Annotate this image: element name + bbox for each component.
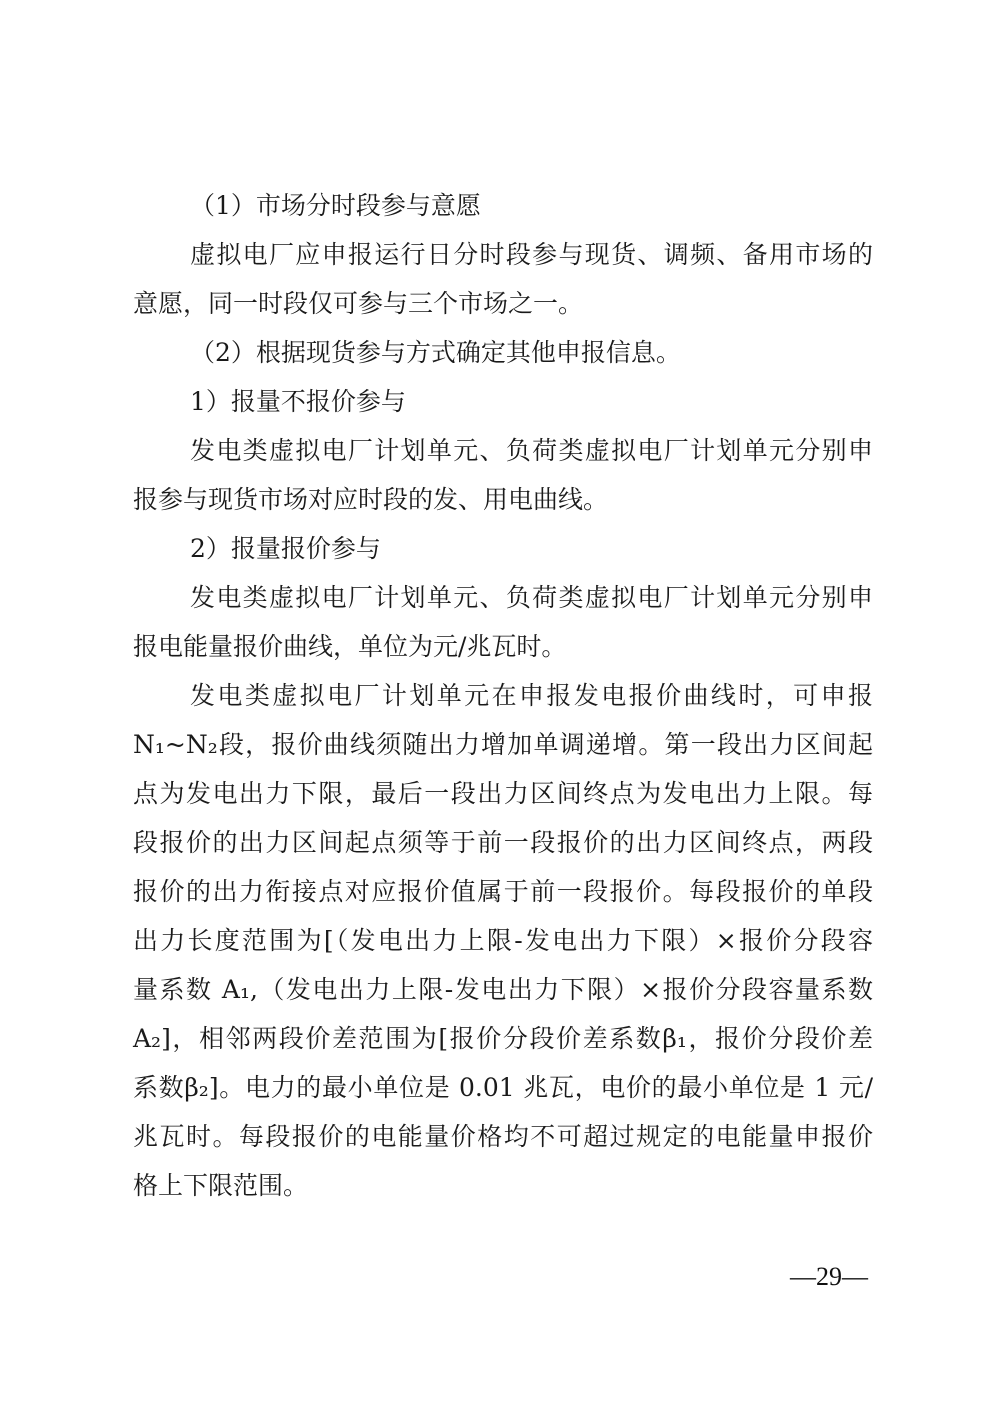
paragraph-line: 虚拟电厂应申报运行日分时段参与现货、调频、备用市场的 bbox=[190, 235, 873, 275]
section-heading-1: （1）市场分时段参与意愿 bbox=[190, 186, 873, 226]
page-number: —29— bbox=[790, 1262, 868, 1292]
paragraph-line: 发电类虚拟电厂计划单元、负荷类虚拟电厂计划单元分别申 bbox=[190, 431, 873, 471]
paragraph-line: 格上下限范围。 bbox=[133, 1166, 873, 1206]
subsection-heading-2: 2）报量报价参与 bbox=[190, 529, 873, 569]
paragraph-line: 系数β₂]。电力的最小单位是 0.01 兆瓦，电价的最小单位是 1 元/ bbox=[133, 1068, 873, 1108]
paragraph-line: 发电类虚拟电厂计划单元、负荷类虚拟电厂计划单元分别申 bbox=[190, 578, 873, 618]
paragraph-line: 出力长度范围为[（发电出力上限-发电出力下限）×报价分段容 bbox=[133, 921, 873, 961]
section-heading-2: （2）根据现货参与方式确定其他申报信息。 bbox=[190, 333, 873, 373]
paragraph-line: 报电能量报价曲线，单位为元/兆瓦时。 bbox=[133, 627, 873, 667]
subsection-heading-1: 1）报量不报价参与 bbox=[190, 382, 873, 422]
paragraph-line: 段报价的出力区间起点须等于前一段报价的出力区间终点，两段 bbox=[133, 823, 873, 863]
paragraph-line: 意愿，同一时段仅可参与三个市场之一。 bbox=[133, 284, 873, 324]
paragraph-line: 报参与现货市场对应时段的发、用电曲线。 bbox=[133, 480, 873, 520]
paragraph-line: 报价的出力衔接点对应报价值属于前一段报价。每段报价的单段 bbox=[133, 872, 873, 912]
paragraph-line: 兆瓦时。每段报价的电能量价格均不可超过规定的电能量申报价 bbox=[133, 1117, 873, 1157]
document-page: （1）市场分时段参与意愿 虚拟电厂应申报运行日分时段参与现货、调频、备用市场的 … bbox=[0, 0, 1000, 1414]
paragraph-line: 点为发电出力下限，最后一段出力区间终点为发电出力上限。每 bbox=[133, 774, 873, 814]
paragraph-line: 量系数 A₁,（发电出力上限-发电出力下限）×报价分段容量系数 bbox=[133, 970, 873, 1010]
paragraph-line: 发电类虚拟电厂计划单元在申报发电报价曲线时，可申报 bbox=[190, 676, 873, 716]
paragraph-line: A₂]，相邻两段价差范围为[报价分段价差系数β₁，报价分段价差 bbox=[133, 1019, 873, 1059]
paragraph-line: N₁~N₂段，报价曲线须随出力增加单调递增。第一段出力区间起 bbox=[133, 725, 873, 765]
